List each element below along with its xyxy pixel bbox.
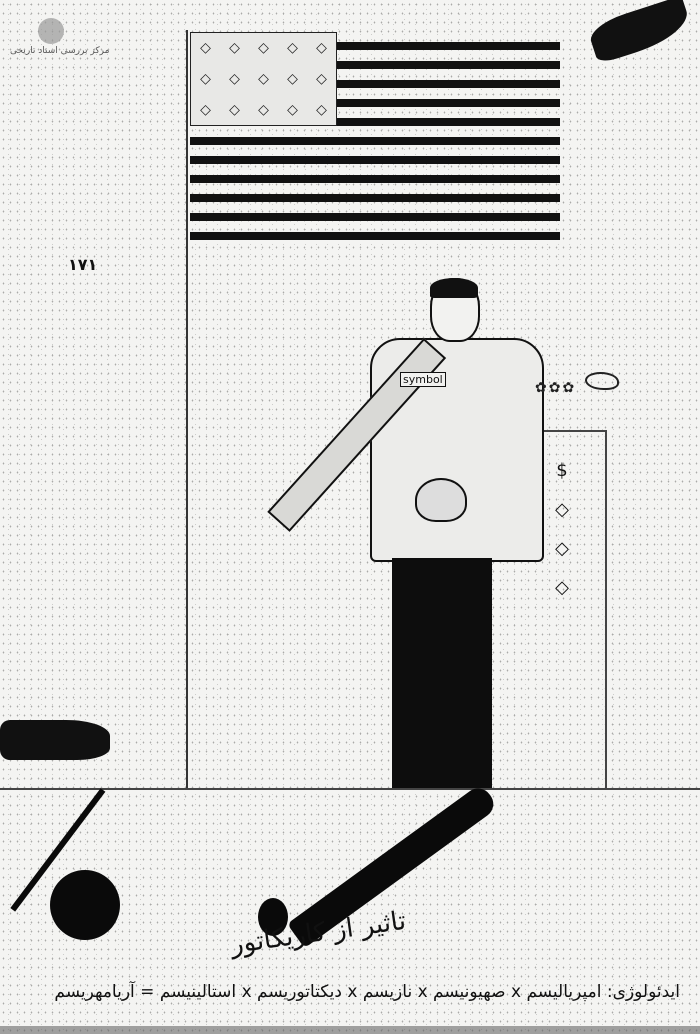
bird-icon bbox=[585, 372, 619, 390]
canton-mark-icon: ◇ bbox=[287, 102, 298, 118]
chest-badge: symbol bbox=[400, 368, 446, 387]
flag-stripe bbox=[190, 137, 560, 145]
brush-head bbox=[50, 870, 120, 940]
archive-watermark: مرکز بررسی اسناد تاریخی bbox=[10, 8, 70, 48]
canton-mark-icon: ◇ bbox=[287, 71, 298, 87]
flag-stripe bbox=[190, 232, 560, 240]
flag-stripe bbox=[190, 213, 560, 221]
ink-smudge bbox=[0, 720, 110, 760]
ink-blot bbox=[586, 0, 693, 64]
watermark-text: مرکز بررسی اسناد تاریخی bbox=[10, 46, 109, 56]
page-number: ۱۷۱ bbox=[68, 255, 97, 274]
canton-mark-icon: ◇ bbox=[200, 71, 211, 87]
pedestal-symbol: ◇ bbox=[555, 577, 569, 598]
canton-mark-icon: ◇ bbox=[287, 40, 298, 56]
canton-mark-icon: ◇ bbox=[316, 102, 327, 118]
flag-stripe bbox=[190, 156, 560, 164]
canton-mark-icon: ◇ bbox=[258, 102, 269, 118]
caption-line: ایدئولوژی: امپریالیسم x صهیونیسم x نازیس… bbox=[120, 982, 680, 1002]
flag-canton: ◇◇◇◇◇◇◇◇◇◇◇◇◇◇◇ bbox=[190, 32, 337, 126]
figure-hair bbox=[430, 278, 478, 298]
flag-stripe bbox=[190, 194, 560, 202]
canton-mark-icon: ◇ bbox=[316, 71, 327, 87]
pedestal-symbol: ◇ bbox=[555, 499, 569, 520]
uniformed-figure: symbol bbox=[360, 278, 550, 788]
canton-mark-icon: ◇ bbox=[229, 40, 240, 56]
flag-stripe bbox=[190, 175, 560, 183]
flowers-icon: ✿✿✿ bbox=[535, 380, 576, 396]
canton-mark-icon: ◇ bbox=[229, 71, 240, 87]
canton-mark-icon: ◇ bbox=[229, 102, 240, 118]
cartoon-page: مرکز بررسی اسناد تاریخی ◇◇◇◇◇◇◇◇◇◇◇◇◇◇◇ … bbox=[0, 0, 700, 1034]
pedestal-symbol: ◇ bbox=[555, 538, 569, 559]
flag: ◇◇◇◇◇◇◇◇◇◇◇◇◇◇◇ bbox=[190, 32, 560, 242]
pedestal-edge bbox=[605, 430, 607, 790]
canton-mark-icon: ◇ bbox=[258, 40, 269, 56]
pedestal-symbol: $ bbox=[556, 460, 567, 481]
figure-trousers bbox=[392, 558, 492, 788]
archive-seal-icon bbox=[38, 18, 64, 44]
canton-mark-icon: ◇ bbox=[258, 71, 269, 87]
pedestal-symbols: $◇◇◇ bbox=[542, 460, 582, 598]
bottom-edge bbox=[0, 1026, 700, 1034]
held-bag bbox=[415, 478, 467, 522]
canton-mark-icon: ◇ bbox=[200, 102, 211, 118]
canton-mark-icon: ◇ bbox=[200, 40, 211, 56]
canton-mark-icon: ◇ bbox=[316, 40, 327, 56]
flag-pole bbox=[186, 30, 188, 790]
